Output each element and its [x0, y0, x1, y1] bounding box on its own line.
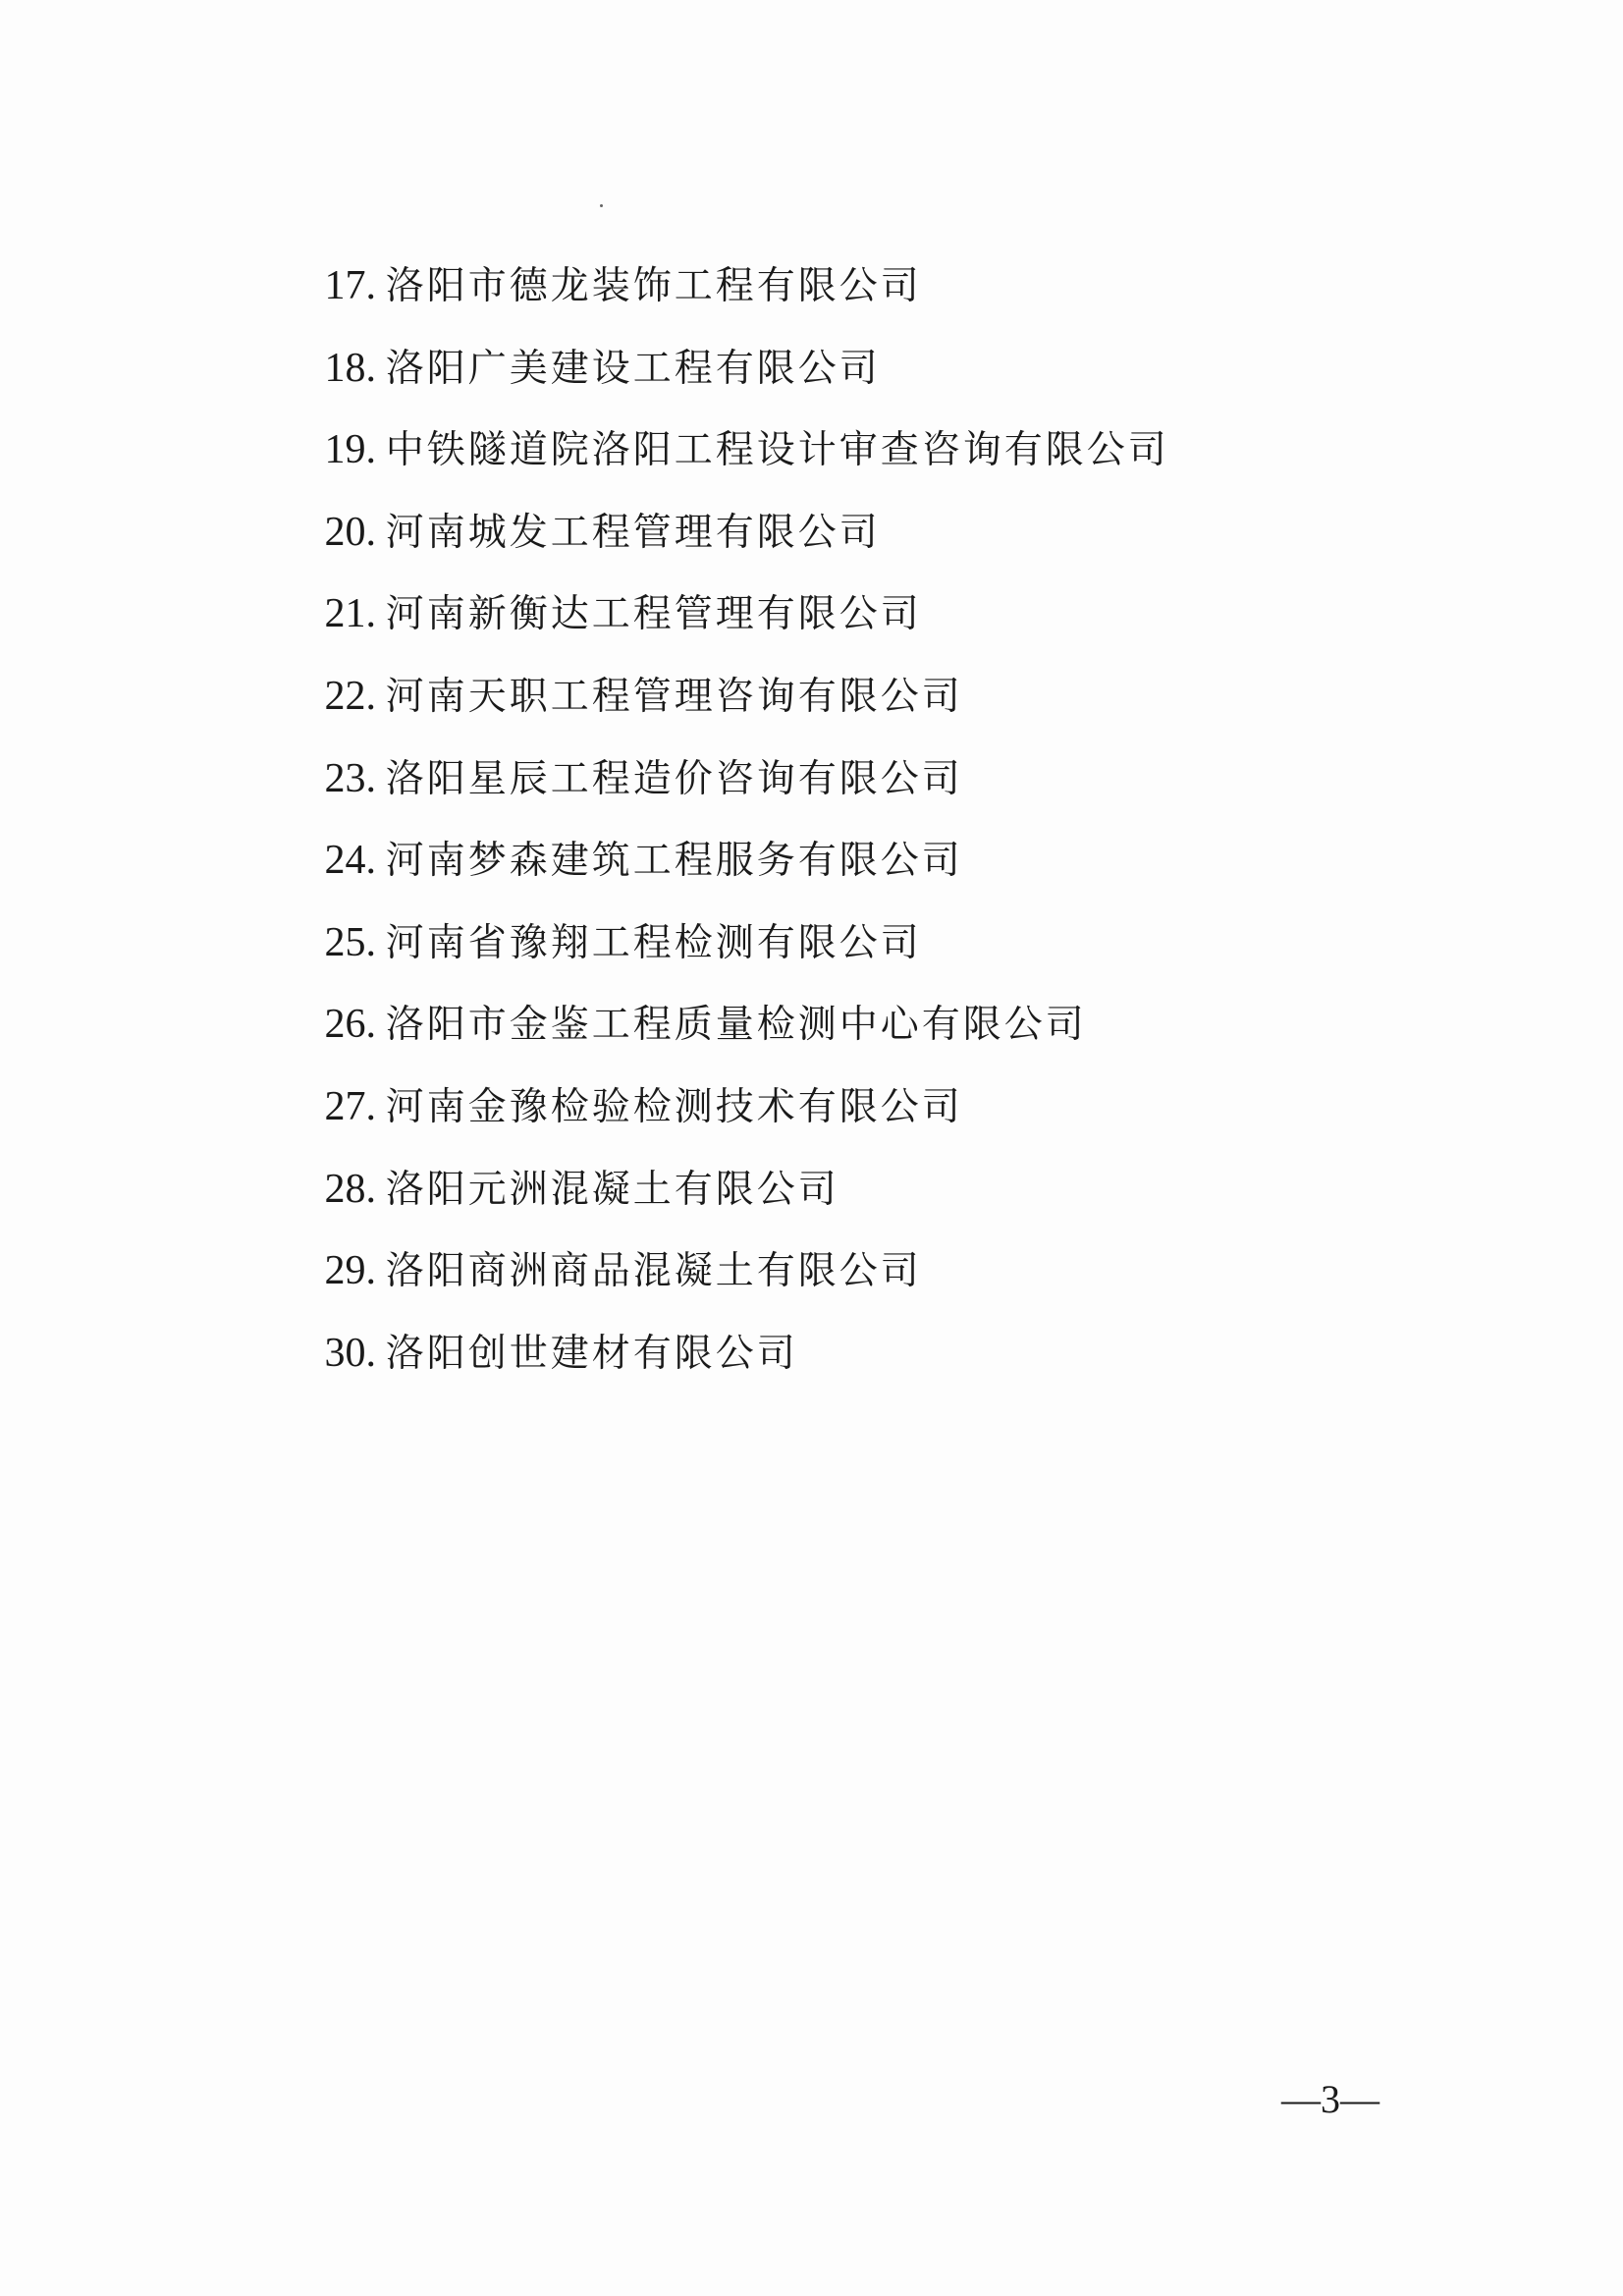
list-item: 26. 洛阳市金鉴工程质量检测中心有限公司: [301, 996, 1169, 1078]
list-item: 24. 河南梦森建筑工程服务有限公司: [301, 832, 1169, 914]
list-item: 19. 中铁隧道院洛阳工程设计审查咨询有限公司: [301, 421, 1169, 504]
company-name: 中铁隧道院洛阳工程设计审查咨询有限公司: [386, 428, 1169, 472]
item-number: 20.: [301, 504, 376, 561]
item-number: 18.: [301, 340, 376, 397]
list-item: 30. 洛阳创世建材有限公司: [301, 1325, 1169, 1407]
company-name: 河南金豫检验检测技术有限公司: [386, 1085, 963, 1129]
item-number: 17.: [301, 257, 376, 314]
item-number: 28.: [301, 1161, 376, 1218]
scanned-page: 17. 洛阳市德龙装饰工程有限公司 18. 洛阳广美建设工程有限公司 19. 中…: [0, 0, 1623, 2296]
company-name: 洛阳广美建设工程有限公司: [386, 347, 881, 391]
list-item: 20. 河南城发工程管理有限公司: [301, 504, 1169, 586]
company-name: 洛阳星辰工程造价咨询有限公司: [386, 757, 963, 801]
item-number: 30.: [301, 1325, 376, 1382]
item-number: 19.: [301, 421, 376, 478]
company-name: 河南梦森建筑工程服务有限公司: [386, 839, 963, 883]
item-number: 24.: [301, 832, 376, 889]
list-item: 25. 河南省豫翔工程检测有限公司: [301, 914, 1169, 997]
company-name: 河南省豫翔工程检测有限公司: [386, 921, 922, 965]
list-item: 18. 洛阳广美建设工程有限公司: [301, 340, 1169, 422]
scan-speck: [600, 204, 603, 207]
company-name: 河南新衡达工程管理有限公司: [386, 592, 922, 636]
item-number: 22.: [301, 668, 376, 725]
company-name: 河南城发工程管理有限公司: [386, 511, 881, 555]
company-name: 洛阳市金鉴工程质量检测中心有限公司: [386, 1003, 1087, 1047]
company-name: 洛阳元洲混凝土有限公司: [386, 1168, 839, 1212]
item-number: 27.: [301, 1078, 376, 1135]
company-name: 洛阳创世建材有限公司: [386, 1332, 798, 1376]
list-item: 29. 洛阳商洲商品混凝土有限公司: [301, 1242, 1169, 1325]
company-name: 河南天职工程管理咨询有限公司: [386, 675, 963, 719]
list-item: 28. 洛阳元洲混凝土有限公司: [301, 1161, 1169, 1243]
company-name: 洛阳市德龙装饰工程有限公司: [386, 264, 922, 308]
list-item: 23. 洛阳星辰工程造价咨询有限公司: [301, 750, 1169, 833]
page-number: —3—: [1281, 2076, 1380, 2122]
company-list: 17. 洛阳市德龙装饰工程有限公司 18. 洛阳广美建设工程有限公司 19. 中…: [301, 257, 1169, 1406]
list-item: 17. 洛阳市德龙装饰工程有限公司: [301, 257, 1169, 340]
list-item: 22. 河南天职工程管理咨询有限公司: [301, 668, 1169, 750]
item-number: 21.: [301, 585, 376, 642]
list-item: 27. 河南金豫检验检测技术有限公司: [301, 1078, 1169, 1161]
item-number: 25.: [301, 914, 376, 971]
list-item: 21. 河南新衡达工程管理有限公司: [301, 585, 1169, 668]
item-number: 26.: [301, 996, 376, 1053]
company-name: 洛阳商洲商品混凝土有限公司: [386, 1249, 922, 1293]
item-number: 29.: [301, 1242, 376, 1299]
item-number: 23.: [301, 750, 376, 807]
